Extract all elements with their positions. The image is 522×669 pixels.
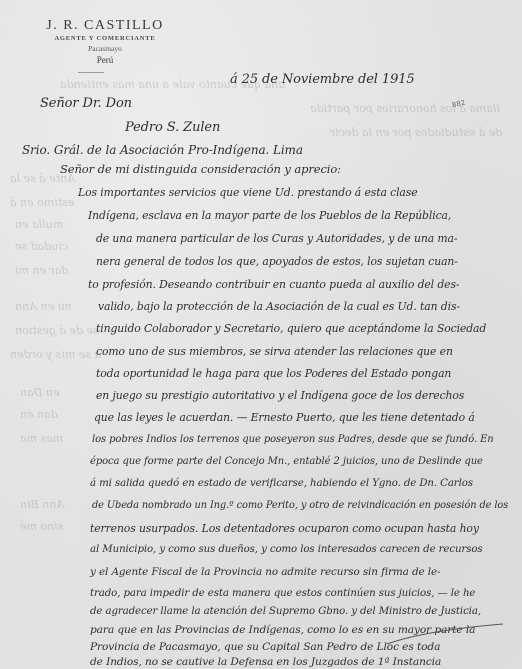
salutation: Señor Dr. Don [40,96,132,111]
letterhead-country: Perú [30,55,180,65]
bleed-through-text: dar en mi [15,264,68,277]
bleed-through-text: ciudad se [15,240,68,253]
addressee: Pedro S. Zulen [125,120,220,135]
body-line: to profesión. Deseando contribuir en cua… [88,278,459,291]
bleed-through-text: mulla en [15,218,63,231]
body-line: en juego su prestigio autoritativo y el … [96,389,464,402]
body-line: toda oportunidad le haga para que los Po… [96,367,451,380]
body-line: de Ubeda nombrado un Ing.º como Perito, … [92,500,508,511]
body-line: nera general de todos los que, apoyados … [96,255,458,268]
bleed-through-text: se de á gestion [15,324,99,337]
greeting: Señor de mi distinguida consideración y … [60,162,341,176]
letter-page: una que cuanto vale a una mas entienda l… [0,0,522,669]
letterhead-city: Pacasmayo [30,44,180,53]
body-line: de Indios, no se cautive la Defensa en l… [90,656,441,668]
bleed-through-text: sino me [20,520,63,533]
bleed-through-text: a se mis y orden [10,348,101,361]
body-line: de agradecer llame la atención del Supre… [90,606,481,617]
bleed-through-text: de á estudiados por en la decir [330,126,502,139]
bleed-through-text: en Dan [20,386,60,399]
body-line: los pobres Indios los terrenos que posey… [92,434,494,445]
bleed-through-text: mi en Ann [15,300,72,313]
body-line: como uno de sus miembros, se sirva atend… [96,345,453,358]
body-line: valido, bajo la protección de la Asociac… [98,300,460,313]
letterhead-role: AGENTE Y COMERCIANTE [30,35,180,42]
bleed-through-text: llama a los honorarios por partida [310,102,500,115]
archive-number: 882 [451,99,466,110]
body-line: trado, para impedir de esta manera que e… [90,588,475,599]
underline-flourish [385,622,505,646]
letterhead-rule [78,72,104,73]
body-line: de una manera particular de los Curas y … [96,232,457,245]
body-line: al Municipio, y como sus dueños, y como … [90,544,482,555]
date-line: á 25 de Noviembre del 1915 [230,72,415,87]
body-line: que las leyes le acuerdan. — Ernesto Pue… [94,411,475,424]
bleed-through-text: estimo en á [10,196,74,209]
bleed-through-text: Ann Bin [20,498,64,511]
body-line: tinguido Colaborador y Secretario, quier… [96,322,486,335]
body-line: época que forme parte del Concejo Mn., e… [90,456,483,467]
body-line: á mi salida quedó en estado de verificar… [90,478,473,489]
letterhead: J. R. CASTILLO AGENTE Y COMERCIANTE Paca… [30,18,180,65]
letterhead-name: J. R. CASTILLO [30,18,180,34]
body-line: Los importantes servicios que viene Ud. … [78,186,418,199]
organization-line: Srio. Grál. de la Asociación Pro-Indígen… [22,143,303,157]
bleed-through-text: mas ma [20,432,63,445]
body-line: Indígena, esclava en la mayor parte de l… [88,209,451,222]
body-line: y el Agente Fiscal de la Provincia no ad… [90,566,440,578]
bleed-through-text: dan en [20,408,58,421]
body-line: terrenos usurpados. Los detentadores ocu… [90,522,479,535]
